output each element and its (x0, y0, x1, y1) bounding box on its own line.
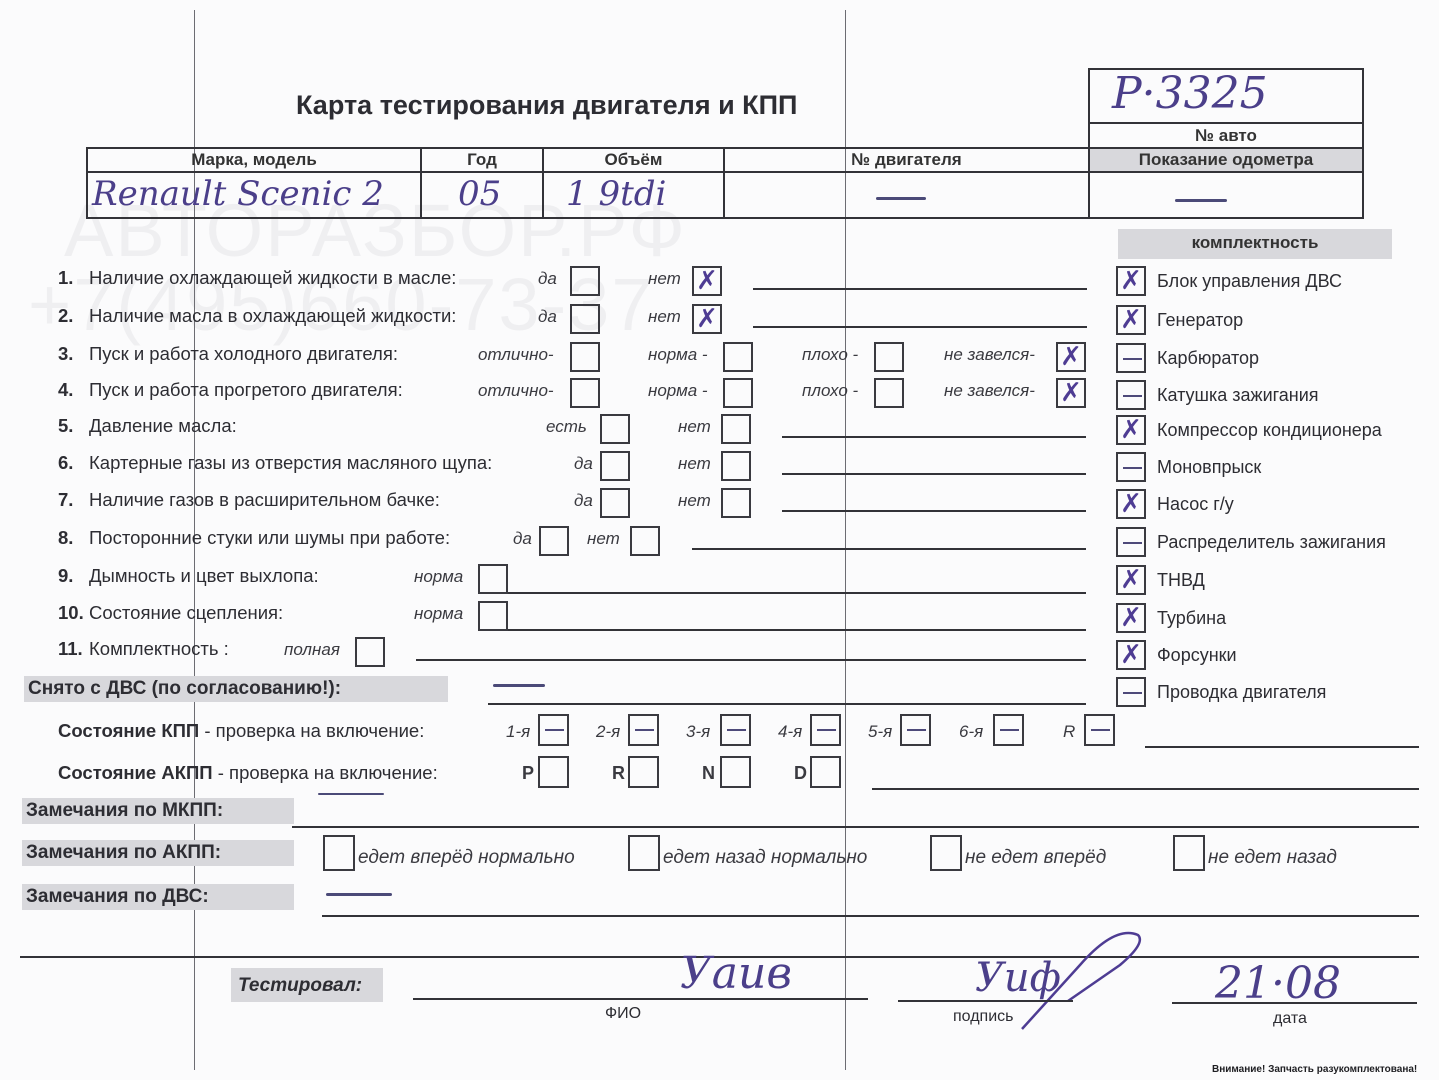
option-label: нет (587, 529, 620, 549)
option-checkbox[interactable] (570, 304, 600, 334)
komplektnost-checkbox[interactable]: ✗ (1116, 489, 1146, 519)
gear-label: 4-я (778, 722, 802, 742)
removed-label: Снято с ДВС (по согласованию!): (24, 676, 448, 702)
komplektnost-item-label: Блок управления ДВС (1157, 271, 1342, 292)
check-item-number: 3. (58, 343, 89, 365)
check-item-number: 6. (58, 452, 89, 474)
akpp-remarks-label: Замечания по АКПП: (22, 840, 294, 866)
akpp-remark-line (872, 788, 1419, 790)
akpp-remark-label: не едет назад (1208, 847, 1337, 869)
check-item-text: Давление масла: (89, 415, 237, 436)
check-item-text: Пуск и работа прогретого двигателя: (89, 379, 403, 400)
check-item-label: 1.Наличие охлаждающей жидкости в масле: (58, 267, 456, 289)
check-item-label: 3.Пуск и работа холодного двигателя: (58, 343, 398, 365)
check-item-number: 2. (58, 305, 89, 327)
option-checkbox[interactable] (721, 488, 751, 518)
signature-line (898, 1000, 1073, 1002)
mkpp-remarks-label: Замечания по МКПП: (22, 798, 294, 824)
removed-value[interactable] (493, 684, 545, 687)
akpp-mode-checkbox[interactable] (810, 756, 841, 788)
option-label: плохо - (802, 345, 858, 365)
date-line (1172, 1002, 1417, 1004)
option-checkbox[interactable]: ✗ (1056, 342, 1086, 372)
option-checkbox[interactable] (478, 564, 508, 594)
check-item-number: 4. (58, 379, 89, 401)
odometer-value[interactable] (1175, 199, 1227, 202)
akpp-remark-checkbox[interactable] (1173, 835, 1205, 871)
option-checkbox[interactable]: ✗ (692, 304, 722, 334)
akpp-mode-checkbox[interactable] (538, 756, 569, 788)
removed-line (488, 703, 1086, 705)
vehicle-number-value[interactable]: Р·3325 (1112, 68, 1268, 119)
komplektnost-item-label: Компрессор кондиционера (1157, 420, 1382, 441)
gear-label: 2-я (596, 722, 620, 742)
akpp-remark-checkbox[interactable] (930, 835, 962, 871)
option-label: плохо - (802, 381, 858, 401)
check-item-text: Картерные газы из отверстия масляного щу… (89, 452, 492, 473)
akpp-stroke (318, 793, 384, 795)
dash-mark-icon (1123, 542, 1142, 544)
gear-checkbox[interactable] (720, 714, 751, 746)
check-mark-icon: ✗ (1118, 638, 1144, 672)
comment-line[interactable] (753, 326, 1087, 328)
komplektnost-checkbox[interactable]: ✗ (1116, 640, 1146, 670)
fio-value[interactable]: Уаив (680, 948, 792, 999)
check-mark-icon: ✗ (1118, 303, 1144, 337)
komplektnost-item-label: Насос г/у (1157, 494, 1234, 515)
gear-label: R (1063, 722, 1075, 742)
check-item-label: 8.Посторонние стуки или шумы при работе: (58, 527, 450, 549)
check-item-label: 2.Наличие масла в охлаждающей жидкости: (58, 305, 456, 327)
komplektnost-checkbox[interactable]: ✗ (1116, 565, 1146, 595)
option-checkbox[interactable] (570, 266, 600, 296)
option-checkbox[interactable]: ✗ (692, 266, 722, 296)
vehicle-number-label: № авто (1088, 126, 1364, 146)
gear-checkbox[interactable] (538, 714, 569, 746)
komplektnost-item-label: ТНВД (1157, 570, 1205, 591)
comment-line[interactable] (416, 659, 1086, 661)
option-label: нет (678, 491, 711, 511)
check-mark-icon: ✗ (1118, 264, 1144, 298)
dash-mark-icon (635, 729, 654, 731)
dash-mark-icon (817, 729, 836, 731)
check-item-number: 1. (58, 267, 89, 289)
akpp-remark-checkbox[interactable] (628, 835, 660, 871)
option-checkbox[interactable] (723, 378, 753, 408)
option-label: полная (284, 640, 340, 660)
akpp-label: Состояние АКПП - проверка на включение: (58, 762, 438, 784)
option-checkbox[interactable]: ✗ (1056, 378, 1086, 408)
check-item-text: Дымность и цвет выхлопа: (89, 565, 319, 586)
check-item-number: 5. (58, 415, 89, 437)
check-mark-icon: ✗ (1118, 601, 1144, 635)
check-item-text: Посторонние стуки или шумы при работе: (89, 527, 450, 548)
option-checkbox[interactable] (355, 637, 385, 667)
dvs-remarks-label: Замечания по ДВС: (22, 884, 294, 910)
comment-line[interactable] (692, 548, 1086, 550)
check-item-number: 11. (58, 638, 89, 660)
gear-label: 6-я (959, 722, 983, 742)
dash-mark-icon (1123, 692, 1142, 694)
akpp-mode-label: N (702, 763, 715, 784)
tested-label: Тестировал: (238, 975, 362, 997)
komplektnost-item-label: Генератор (1157, 310, 1243, 331)
komplektnost-checkbox[interactable] (1116, 677, 1146, 707)
option-label: норма - (648, 381, 708, 401)
check-item-text: Комплектность : (89, 638, 229, 659)
option-checkbox[interactable] (630, 526, 660, 556)
komplektnost-item-label: Форсунки (1157, 645, 1237, 666)
komplektnost-checkbox[interactable]: ✗ (1116, 415, 1146, 445)
check-item-label: 7.Наличие газов в расширительном бачке: (58, 489, 440, 511)
check-item-number: 7. (58, 489, 89, 511)
fio-caption: ФИО (605, 1005, 641, 1023)
check-item-label: 11.Комплектность : (58, 638, 229, 660)
check-item-text: Наличие охлаждающей жидкости в масле: (89, 267, 456, 288)
option-label: норма (414, 567, 463, 587)
mkpp-remarks-line[interactable] (292, 826, 1419, 828)
option-checkbox[interactable] (721, 451, 751, 481)
komplektnost-item-label: Карбюратор (1157, 348, 1259, 369)
comment-line[interactable] (782, 510, 1086, 512)
dash-mark-icon (1091, 729, 1110, 731)
gear-checkbox[interactable] (628, 714, 659, 746)
dash-mark-icon (1000, 729, 1019, 731)
warning-text: Внимание! Запчасть разукомплектована! (1212, 1064, 1417, 1075)
col-header-year: Год (420, 150, 544, 170)
gear-checkbox[interactable] (1084, 714, 1115, 746)
check-mark-icon: ✗ (1118, 413, 1144, 447)
check-item-text: Наличие масла в охлаждающей жидкости: (89, 305, 456, 326)
comment-line[interactable] (508, 629, 1086, 631)
option-checkbox[interactable] (478, 601, 508, 631)
engine-number-value[interactable] (876, 197, 926, 200)
option-label: есть (546, 417, 587, 437)
option-checkbox[interactable] (721, 414, 751, 444)
fio-line (413, 998, 868, 1000)
check-item-number: 10. (58, 602, 89, 624)
komplektnost-title: комплектность (1118, 233, 1392, 253)
check-item-label: 9.Дымность и цвет выхлопа: (58, 565, 319, 587)
option-label: да (538, 269, 557, 289)
dvs-remarks-value[interactable] (326, 893, 392, 896)
check-mark-icon: ✗ (1118, 487, 1144, 521)
komplektnost-item-label: Катушка зажигания (1157, 385, 1319, 406)
kpp-remark-line (1145, 746, 1419, 748)
komplektnost-item-label: Распределитель зажигания (1157, 532, 1386, 553)
check-mark-icon: ✗ (1118, 563, 1144, 597)
col-header-odometer: Показание одометра (1088, 150, 1364, 170)
komplektnost-checkbox[interactable] (1116, 452, 1146, 482)
akpp-mode-checkbox[interactable] (628, 756, 659, 788)
akpp-mode-checkbox[interactable] (720, 756, 751, 788)
option-checkbox[interactable] (600, 488, 630, 518)
akpp-mode-label: R (612, 763, 625, 784)
check-item-number: 8. (58, 527, 89, 549)
gear-label: 1-я (506, 722, 530, 742)
signature-flourish-icon (1010, 925, 1150, 1035)
gear-label: 5-я (868, 722, 892, 742)
komplektnost-checkbox[interactable] (1116, 527, 1146, 557)
volume-value[interactable]: 1 9tdi (566, 174, 666, 214)
gear-checkbox[interactable] (900, 714, 931, 746)
gear-checkbox[interactable] (993, 714, 1024, 746)
option-label: да (538, 307, 557, 327)
option-label: норма - (648, 345, 708, 365)
comment-line[interactable] (782, 473, 1086, 475)
option-label: да (574, 454, 593, 474)
check-mark-icon: ✗ (1058, 376, 1084, 410)
dash-mark-icon (1123, 395, 1142, 397)
option-checkbox[interactable] (539, 526, 569, 556)
option-checkbox[interactable] (600, 414, 630, 444)
date-caption: дата (1273, 1010, 1307, 1028)
model-value[interactable]: Renault Scenic 2 (92, 174, 384, 214)
year-value[interactable]: 05 (458, 174, 501, 214)
comment-line[interactable] (508, 592, 1086, 594)
option-label: да (513, 529, 532, 549)
check-item-text: Пуск и работа холодного двигателя: (89, 343, 398, 364)
komplektnost-item-label: Проводка двигателя (1157, 682, 1326, 703)
akpp-remark-checkbox[interactable] (323, 835, 355, 871)
option-label: нет (678, 417, 711, 437)
check-item-label: 5.Давление масла: (58, 415, 237, 437)
dvs-remarks-line (322, 915, 1419, 917)
komplektnost-checkbox[interactable]: ✗ (1116, 266, 1146, 296)
dash-mark-icon (1123, 467, 1142, 469)
option-checkbox[interactable] (874, 342, 904, 372)
option-checkbox[interactable] (874, 378, 904, 408)
option-label: нет (678, 454, 711, 474)
komplektnost-checkbox[interactable] (1116, 343, 1146, 373)
check-item-number: 9. (58, 565, 89, 587)
option-label: не завелся- (944, 381, 1035, 401)
comment-line[interactable] (782, 436, 1086, 438)
check-mark-icon: ✗ (694, 264, 720, 298)
comment-line[interactable] (753, 288, 1087, 290)
komplektnost-checkbox[interactable]: ✗ (1116, 603, 1146, 633)
dash-mark-icon (907, 729, 926, 731)
check-item-label: 6.Картерные газы из отверстия масляного … (58, 452, 492, 474)
option-checkbox[interactable] (723, 342, 753, 372)
komplektnost-item-label: Турбина (1157, 608, 1226, 629)
option-label: да (574, 491, 593, 511)
check-item-label: 10.Состояние сцепления: (58, 602, 283, 624)
akpp-remark-label: не едет вперёд (965, 847, 1106, 869)
col-header-model: Марка, модель (86, 150, 422, 170)
komplektnost-checkbox[interactable]: ✗ (1116, 305, 1146, 335)
check-item-text: Наличие газов в расширительном бачке: (89, 489, 440, 510)
check-item-label: 4.Пуск и работа прогретого двигателя: (58, 379, 403, 401)
dash-mark-icon (545, 729, 564, 731)
option-label: отлично- (478, 345, 554, 365)
col-header-engine-number: № двигателя (723, 150, 1090, 170)
gear-label: 3-я (686, 722, 710, 742)
option-label: нет (648, 307, 681, 327)
akpp-remark-label: едет назад нормально (663, 847, 867, 869)
option-checkbox[interactable] (600, 451, 630, 481)
option-label: нет (648, 269, 681, 289)
akpp-mode-label: D (794, 763, 807, 784)
dash-mark-icon (1123, 358, 1142, 360)
signature-caption: подпись (953, 1008, 1013, 1026)
col-header-volume: Объём (542, 150, 725, 170)
option-label: норма (414, 604, 463, 624)
akpp-remark-label: едет вперёд нормально (358, 847, 575, 869)
check-mark-icon: ✗ (1058, 340, 1084, 374)
option-checkbox[interactable] (570, 378, 600, 408)
gear-checkbox[interactable] (810, 714, 841, 746)
option-label: не завелся- (944, 345, 1035, 365)
kpp-label: Состояние КПП - проверка на включение: (58, 720, 424, 742)
check-mark-icon: ✗ (694, 302, 720, 336)
komplektnost-checkbox[interactable] (1116, 380, 1146, 410)
form-title: Карта тестирования двигателя и КПП (296, 90, 797, 121)
dash-mark-icon (727, 729, 746, 731)
option-checkbox[interactable] (570, 342, 600, 372)
check-item-text: Состояние сцепления: (89, 602, 283, 623)
option-label: отлично- (478, 381, 554, 401)
komplektnost-item-label: Моновпрыск (1157, 457, 1261, 478)
akpp-mode-label: P (522, 763, 534, 784)
